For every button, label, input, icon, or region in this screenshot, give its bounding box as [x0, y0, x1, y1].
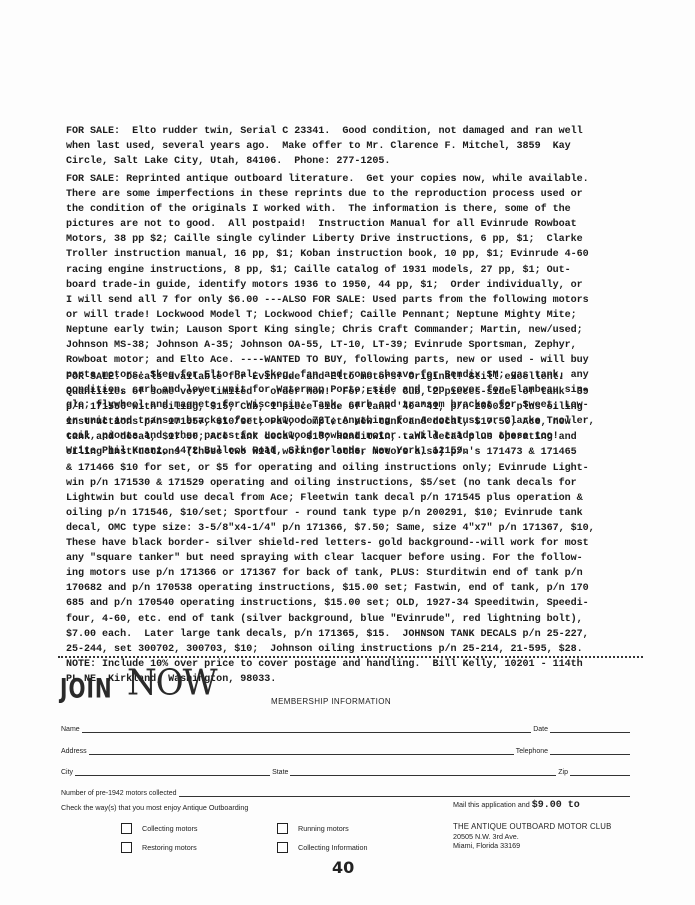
membership-heading: MEMBERSHIP INFORMATION [271, 697, 391, 706]
address-field[interactable] [89, 746, 514, 755]
dotted-separator [58, 656, 643, 658]
ad-line: 170682 and p/n 170538 operating instruct… [66, 581, 646, 596]
now-heading: NOW [127, 662, 217, 704]
checkbox-restoring-motors[interactable] [121, 842, 132, 853]
option-label: Collecting motors [142, 824, 198, 833]
ad-line: pictures are not to good. All postpaid! … [66, 217, 646, 232]
check-title: Check the way(s) that you most enjoy Ant… [61, 803, 248, 812]
ad-line: 685 and p/n 170540 operating instruction… [66, 596, 646, 611]
ad-line: Lightwin but could use decal from Ace; F… [66, 491, 646, 506]
mail-text: Mail this application and [453, 800, 530, 809]
telephone-field[interactable] [550, 746, 630, 755]
ad-line: when last used, several years ago. Make … [66, 139, 646, 154]
ad-line: oiling p/n 171546, $10/set; Sportfour - … [66, 506, 646, 521]
classified-ad-decals: FOR SALE: Decals available for Evinrude … [66, 370, 646, 687]
ad-line: 25-244, set 300702, 300703, $10; Johnson… [66, 642, 646, 657]
checkbox-collecting-motors[interactable] [121, 823, 132, 834]
ad-line: tank and decal, $17.50; Ace tank decal, … [66, 430, 646, 445]
form-row-address: Address Telephone [61, 745, 632, 755]
ad-line: Circle, Salt Lake City, Utah, 84106. Pho… [66, 154, 646, 169]
zip-label: Zip [558, 769, 568, 776]
checkbox-running-motors[interactable] [277, 823, 288, 834]
ad-line: board trade-in guide, identify motors 19… [66, 278, 646, 293]
checkbox-collecting-information[interactable] [277, 842, 288, 853]
city-label: City [61, 769, 73, 776]
ad-line: the condition of the originals I worked … [66, 202, 646, 217]
join-heading: JOIN [60, 672, 113, 704]
date-label: Date [533, 726, 548, 733]
state-field[interactable] [290, 767, 556, 776]
option-label: Restoring motors [142, 843, 197, 852]
option-collecting-motors[interactable]: Collecting motors [121, 823, 198, 834]
ad-line: FOR SALE: Decals available for Evinrude … [66, 370, 646, 385]
form-row-motors: Number of pre-1942 motors collected [61, 787, 632, 797]
ad-line: Motors, 38 pp $2; Caille single cylinder… [66, 232, 646, 247]
ad-line: racing engine instructions, 8 pp, $1; Ca… [66, 263, 646, 278]
telephone-label: Telephone [516, 748, 548, 755]
ad-line: Quantities of some very limited - order … [66, 385, 646, 400]
motors-count-label: Number of pre-1942 motors collected [61, 790, 177, 797]
ad-line: win p/n 171530 & 171529 operating and oi… [66, 476, 646, 491]
address-label: Address [61, 748, 87, 755]
option-restoring-motors[interactable]: Restoring motors [121, 842, 197, 853]
ad-line: Neptune early twin; Lauson Sport King si… [66, 323, 646, 338]
ad-line: $7.00 each. Later large tank decals, p/n… [66, 627, 646, 642]
option-collecting-information[interactable]: Collecting Information [277, 842, 368, 853]
ad-line: I will send all 7 for only $6.00 ---ALSO… [66, 293, 646, 308]
ad-line: Troller instruction manual, 16 pp, $1; K… [66, 247, 646, 262]
ad-line: instructions p/n 171557, $10/set; Pal, c… [66, 415, 646, 430]
city-field[interactable] [75, 767, 270, 776]
page-number: 40 [332, 858, 354, 877]
club-name: THE ANTIQUE OUTBOARD MOTOR CLUB [453, 822, 612, 832]
ad-line: any "square tanker" but need spraying wi… [66, 551, 646, 566]
club-address: THE ANTIQUE OUTBOARD MOTOR CLUB 20505 N.… [453, 822, 612, 851]
zip-field[interactable] [570, 767, 630, 776]
ad-line: FOR SALE: Reprinted antique outboard lit… [66, 172, 646, 187]
mail-amount: $9.00 to [532, 800, 580, 811]
ad-line: Johnson MS-38; Johnson A-35; Johnson OA-… [66, 338, 646, 353]
option-label: Running motors [298, 824, 349, 833]
form-row-name: Name Date [61, 723, 632, 733]
ad-line: FOR SALE: Elto rudder twin, Serial C 233… [66, 124, 646, 139]
ad-line: Rowboat motor; and Elto Ace. ----WANTED … [66, 353, 646, 368]
document-page: FOR SALE: Elto rudder twin, Serial C 233… [0, 0, 695, 905]
form-row-city: City State Zip [61, 766, 632, 776]
club-street: 20505 N.W. 3rd Ave. [453, 832, 612, 842]
ad-line: p/n 171556 with oiling, $15; Cub, 1 piec… [66, 400, 646, 415]
ad-line: oiling instructions (these two will work… [66, 445, 646, 460]
club-city: Miami, Florida 33169 [453, 841, 612, 851]
motors-count-field[interactable] [179, 788, 630, 797]
ad-line: These have black border- silver shield-r… [66, 536, 646, 551]
state-label: State [272, 769, 288, 776]
name-label: Name [61, 726, 80, 733]
date-field[interactable] [550, 724, 630, 733]
name-field[interactable] [82, 724, 532, 733]
classified-ad-elto-rudder: FOR SALE: Elto rudder twin, Serial C 233… [66, 124, 646, 169]
ad-line: four, 4-60, etc. end of tank (silver bac… [66, 612, 646, 627]
mail-instructions: Mail this application and $9.00 to [453, 800, 580, 811]
option-label: Collecting Information [298, 843, 368, 852]
ad-line: & 171466 $10 for set, or $5 for operatin… [66, 461, 646, 476]
ad-line: ing motors use p/n 171366 or 171367 for … [66, 566, 646, 581]
option-running-motors[interactable]: Running motors [277, 823, 349, 834]
ad-line: There are some imperfections in these re… [66, 187, 646, 202]
ad-line: decal, OMC type size: 3-5/8"x4-1/4" p/n … [66, 521, 646, 536]
ad-line: or will trade! Lockwood Model T; Lockwoo… [66, 308, 646, 323]
